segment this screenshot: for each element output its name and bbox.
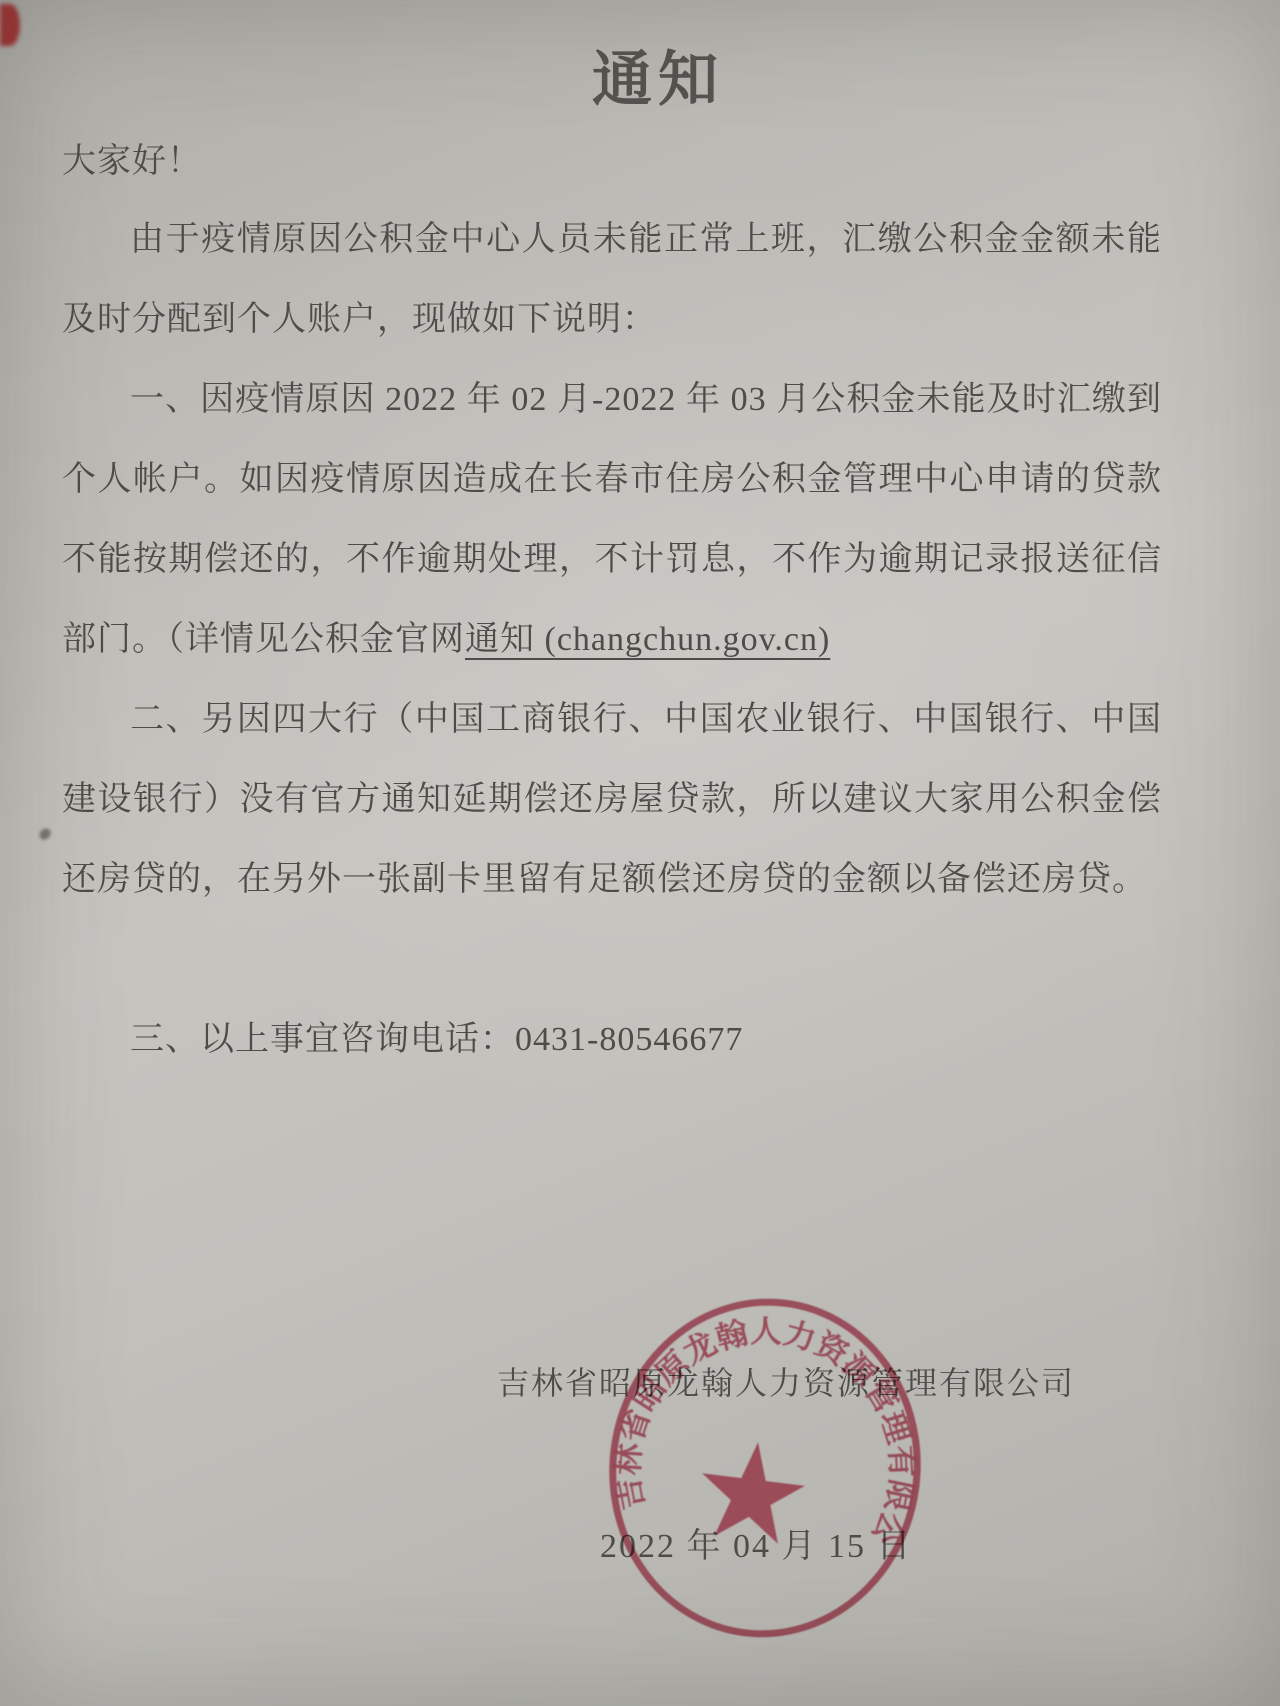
intro-paragraph: 由于疫情原因公积金中心人员未能正常上班，汇缴公积金金额未能及时分配到个人账户，现… bbox=[62, 200, 1162, 360]
item2-paragraph: 二、另因四大行（中国工商银行、中国农业银行、中国银行、中国建设银行）没有官方通知… bbox=[62, 680, 1162, 920]
paper-speck bbox=[38, 826, 52, 841]
page-title: 通知 bbox=[18, 32, 1280, 118]
gov-website-link-text: 通知 (changchun.gov.cn) bbox=[465, 621, 830, 658]
red-corner-smudge bbox=[0, 4, 20, 46]
company-seal: 吉林省昭原龙翰人力资源管理有限公司 ★ bbox=[552, 1246, 978, 1689]
item3-phone-paragraph: 三、以上事宜咨询电话：0431-80546677 bbox=[62, 1000, 1162, 1080]
item1-text: 一、因疫情原因 2022 年 02 月-2022 年 03 月公积金未能及时汇缴… bbox=[62, 381, 1162, 658]
greeting-text: 大家好！ bbox=[62, 122, 1162, 202]
notice-document-photo: 通知 大家好！ 由于疫情原因公积金中心人员未能正常上班，汇缴公积金金额未能及时分… bbox=[0, 0, 1280, 1706]
item1-paragraph: 一、因疫情原因 2022 年 02 月-2022 年 03 月公积金未能及时汇缴… bbox=[62, 360, 1162, 680]
seal-star-icon: ★ bbox=[682, 1414, 820, 1577]
